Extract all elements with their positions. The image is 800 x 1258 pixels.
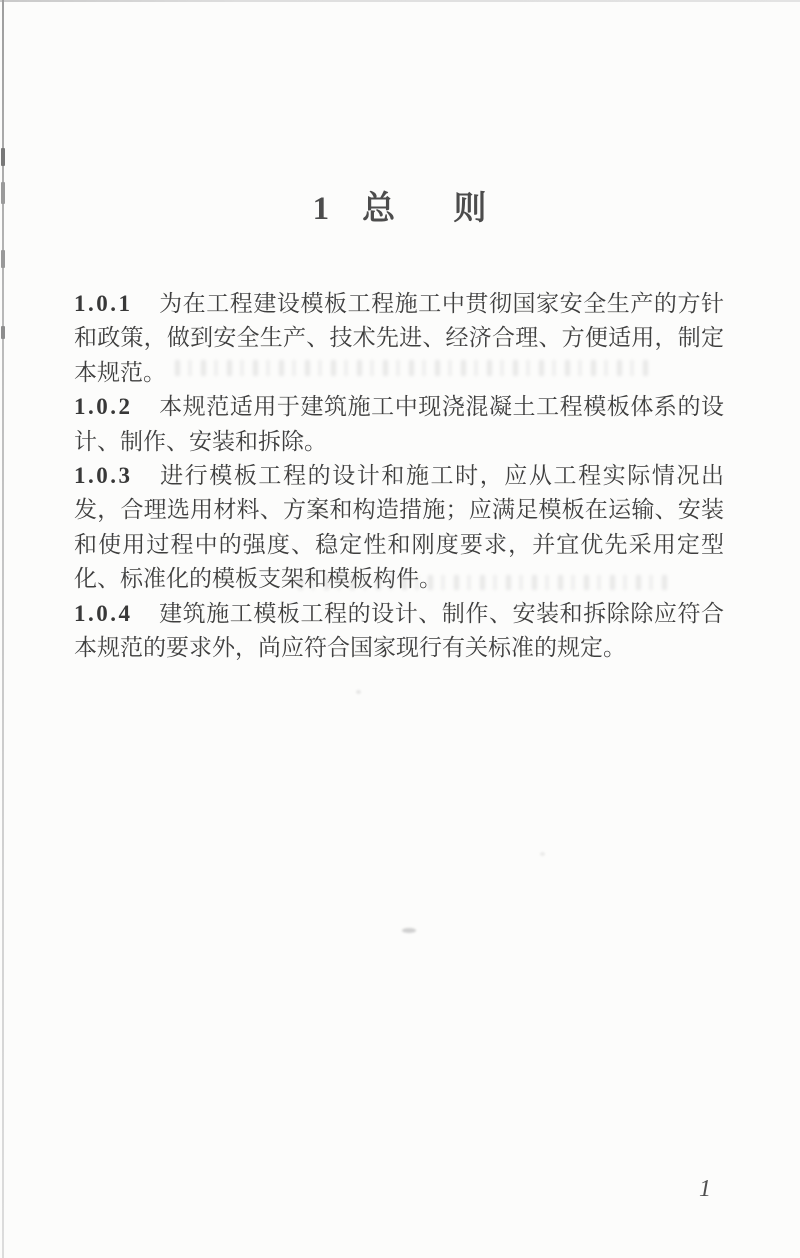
clause-number: 1.0.4	[74, 601, 133, 626]
clause-number: 1.0.2	[74, 394, 133, 419]
bleed-through-smudge	[175, 360, 655, 376]
scan-speck	[356, 690, 361, 694]
scan-edge-top-line	[0, 0, 800, 2]
scanned-document-page: 1总 则 1.0.1为在工程建设模板工程施工中贯彻国家安全生产的方针和政策，做到…	[0, 0, 800, 1258]
clause-text: 建筑施工模板工程的设计、制作、安装和拆除除应符合本规范的要求外，尚应符合国家现行…	[74, 601, 724, 660]
body-text: 1.0.1为在工程建设模板工程施工中贯彻国家安全生产的方针和政策，做到安全生产、…	[74, 287, 724, 665]
chapter-number: 1	[313, 191, 331, 227]
scan-binding-mark	[1, 326, 5, 339]
clause-text: 本规范适用于建筑施工中现浇混凝土工程模板体系的设计、制作、安装和拆除。	[74, 394, 724, 453]
scan-binding-mark	[1, 250, 5, 268]
bleed-through-smudge	[298, 575, 668, 590]
clause-text: 进行模板工程的设计和施工时，应从工程实际情况出发，合理选用材料、方案和构造措施；…	[74, 463, 724, 591]
clause-number: 1.0.3	[74, 463, 133, 488]
clause-1-0-4: 1.0.4建筑施工模板工程的设计、制作、安装和拆除除应符合本规范的要求外，尚应符…	[74, 597, 724, 666]
scan-speck	[402, 928, 416, 933]
clause-number: 1.0.1	[74, 291, 133, 316]
clause-1-0-2: 1.0.2本规范适用于建筑施工中现浇混凝土工程模板体系的设计、制作、安装和拆除。	[74, 390, 724, 459]
chapter-title: 1总 则	[0, 188, 800, 230]
scan-speck	[540, 852, 545, 856]
scan-binding-mark	[1, 148, 5, 166]
chapter-name: 总 则	[362, 191, 487, 227]
page-number: 1	[690, 1176, 720, 1203]
